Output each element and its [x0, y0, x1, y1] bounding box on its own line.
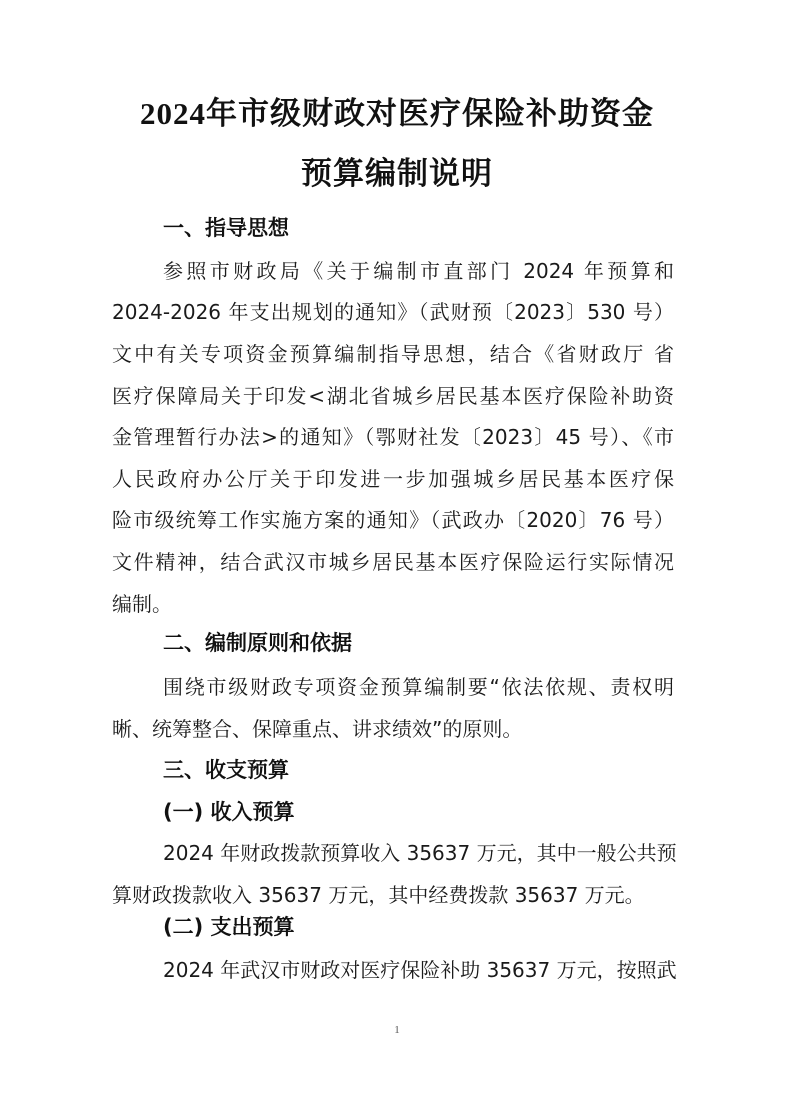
document-page: 2024年市级财政对医疗保险补助资金 预算编制说明 一、指导思想 参照市财政局《… — [0, 0, 794, 1108]
paragraph-line: 人民政府办公厅关于印发进一步加强城乡居民基本医疗保 — [112, 464, 674, 494]
subsection-heading-expenditure: (二) 支出预算 — [163, 912, 295, 942]
section-heading-budget: 三、收支预算 — [163, 755, 289, 785]
document-title-line-2: 预算编制说明 — [0, 154, 794, 194]
paragraph-line: 2024-2026 年支出规划的通知》（武财预〔2023〕530 号） — [112, 297, 674, 327]
paragraph-line: 文中有关专项资金预算编制指导思想，结合《省财政厅 省 — [112, 339, 674, 369]
paragraph-line: 围绕市级财政专项资金预算编制要“依法依规、责权明 — [163, 672, 674, 702]
paragraph-line: 金管理暂行办法>的通知》（鄂财社发〔2023〕45 号）、《市 — [112, 422, 674, 452]
paragraph-line: 晰、统筹整合、保障重点、讲求绩效”的原则。 — [112, 714, 674, 744]
section-heading-guiding-ideology: 一、指导思想 — [163, 213, 289, 243]
paragraph-line: 参照市财政局《关于编制市直部门 2024 年预算和 — [163, 256, 674, 286]
paragraph-line: 2024 年武汉市财政对医疗保险补助 35637 万元，按照武 — [163, 955, 674, 985]
paragraph-line: 险市级统筹工作实施方案的通知》（武政办〔2020〕76 号） — [112, 505, 674, 535]
paragraph-line: 算财政拨款收入 35637 万元，其中经费拨款 35637 万元。 — [112, 880, 674, 910]
section-heading-principles: 二、编制原则和依据 — [163, 628, 352, 658]
paragraph-line: 文件精神，结合武汉市城乡居民基本医疗保险运行实际情况 — [112, 547, 674, 577]
paragraph-line: 医疗保障局关于印发<湖北省城乡居民基本医疗保险补助资 — [112, 381, 674, 411]
document-title-line-1: 2024年市级财政对医疗保险补助资金 — [0, 94, 794, 134]
subsection-heading-revenue: (一) 收入预算 — [163, 797, 295, 827]
paragraph-line: 2024 年财政拨款预算收入 35637 万元，其中一般公共预 — [163, 838, 674, 868]
paragraph-line: 编制。 — [112, 589, 674, 619]
page-number: 1 — [0, 1024, 794, 1036]
